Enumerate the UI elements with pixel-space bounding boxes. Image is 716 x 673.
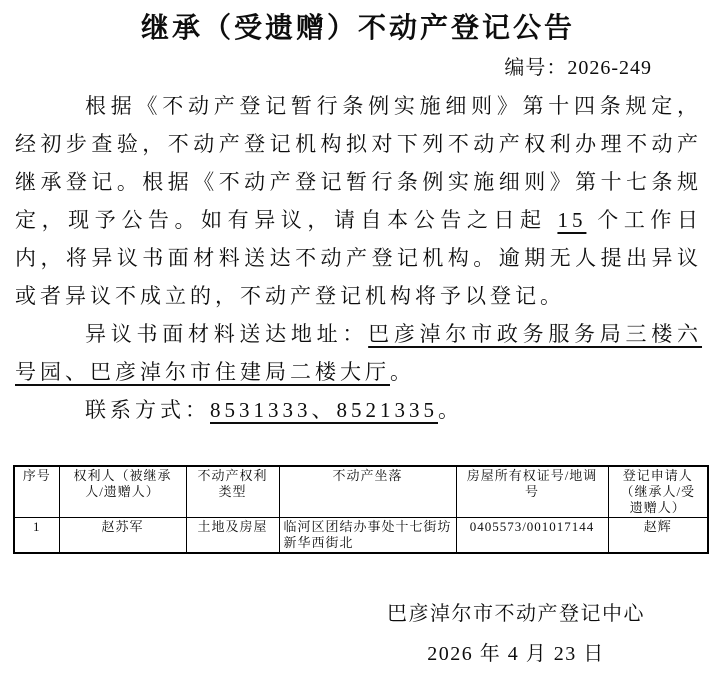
header-property-location: 不动产坐落	[279, 466, 456, 518]
paragraph-text: 。	[390, 360, 415, 384]
cell-property-right-type: 土地及房屋	[186, 518, 279, 554]
issue-date: 2026 年 4 月 23 日	[330, 634, 702, 673]
signature-block: 巴彦淖尔市不动产登记中心 2026 年 4 月 23 日	[330, 594, 702, 673]
header-registration-applicant: 登记申请人（继承人/受遗赠人）	[608, 466, 708, 518]
paragraph-text: 异议书面材料送达地址：	[85, 322, 368, 346]
underlined-days-count: 15	[557, 208, 586, 232]
paragraph-legal-basis: 根据《不动产登记暂行条例实施细则》第十四条规定，经初步查验，不动产登记机构拟对下…	[15, 87, 702, 315]
header-property-right-type: 不动产权利类型	[186, 466, 279, 518]
announcement-document: 继承（受遗赠）不动产登记公告 编号：2026-249 根据《不动产登记暂行条例实…	[0, 0, 716, 673]
paragraph-objection-address: 异议书面材料送达地址：巴彦淖尔市政务服务局三楼六号园、巴彦淖尔市住建局二楼大厅。	[15, 315, 702, 391]
announcement-table: 序号 权利人（被继承人/遗赠人） 不动产权利类型 不动产坐落 房屋所有权证号/地…	[13, 465, 709, 554]
paragraph-text: 。	[438, 398, 463, 422]
table-row: 1 赵苏军 土地及房屋 临河区团结办事处十七街坊新华西街北 0405573/00…	[14, 518, 708, 554]
underlined-phone-numbers: 8531333、8521335	[210, 398, 438, 422]
paragraph-contact: 联系方式：8531333、8521335。	[15, 391, 702, 429]
cell-property-location: 临河区团结办事处十七街坊新华西街北	[279, 518, 456, 554]
cell-right-holder: 赵苏军	[59, 518, 186, 554]
paragraph-text: 联系方式：	[85, 398, 210, 422]
cell-certificate-number: 0405573/001017144	[456, 518, 608, 554]
header-serial-number: 序号	[14, 466, 59, 518]
header-right-holder: 权利人（被继承人/遗赠人）	[59, 466, 186, 518]
announcement-body: 根据《不动产登记暂行条例实施细则》第十四条规定，经初步查验，不动产登记机构拟对下…	[15, 87, 702, 429]
cell-registration-applicant: 赵辉	[608, 518, 708, 554]
table-header-row: 序号 权利人（被继承人/遗赠人） 不动产权利类型 不动产坐落 房屋所有权证号/地…	[14, 466, 708, 518]
issuing-organization: 巴彦淖尔市不动产登记中心	[330, 594, 702, 634]
cell-serial-number: 1	[14, 518, 59, 554]
page-title: 继承（受遗赠）不动产登记公告	[0, 0, 716, 46]
header-certificate-number: 房屋所有权证号/地调号	[456, 466, 608, 518]
doc-number: 编号：2026-249	[0, 55, 652, 81]
